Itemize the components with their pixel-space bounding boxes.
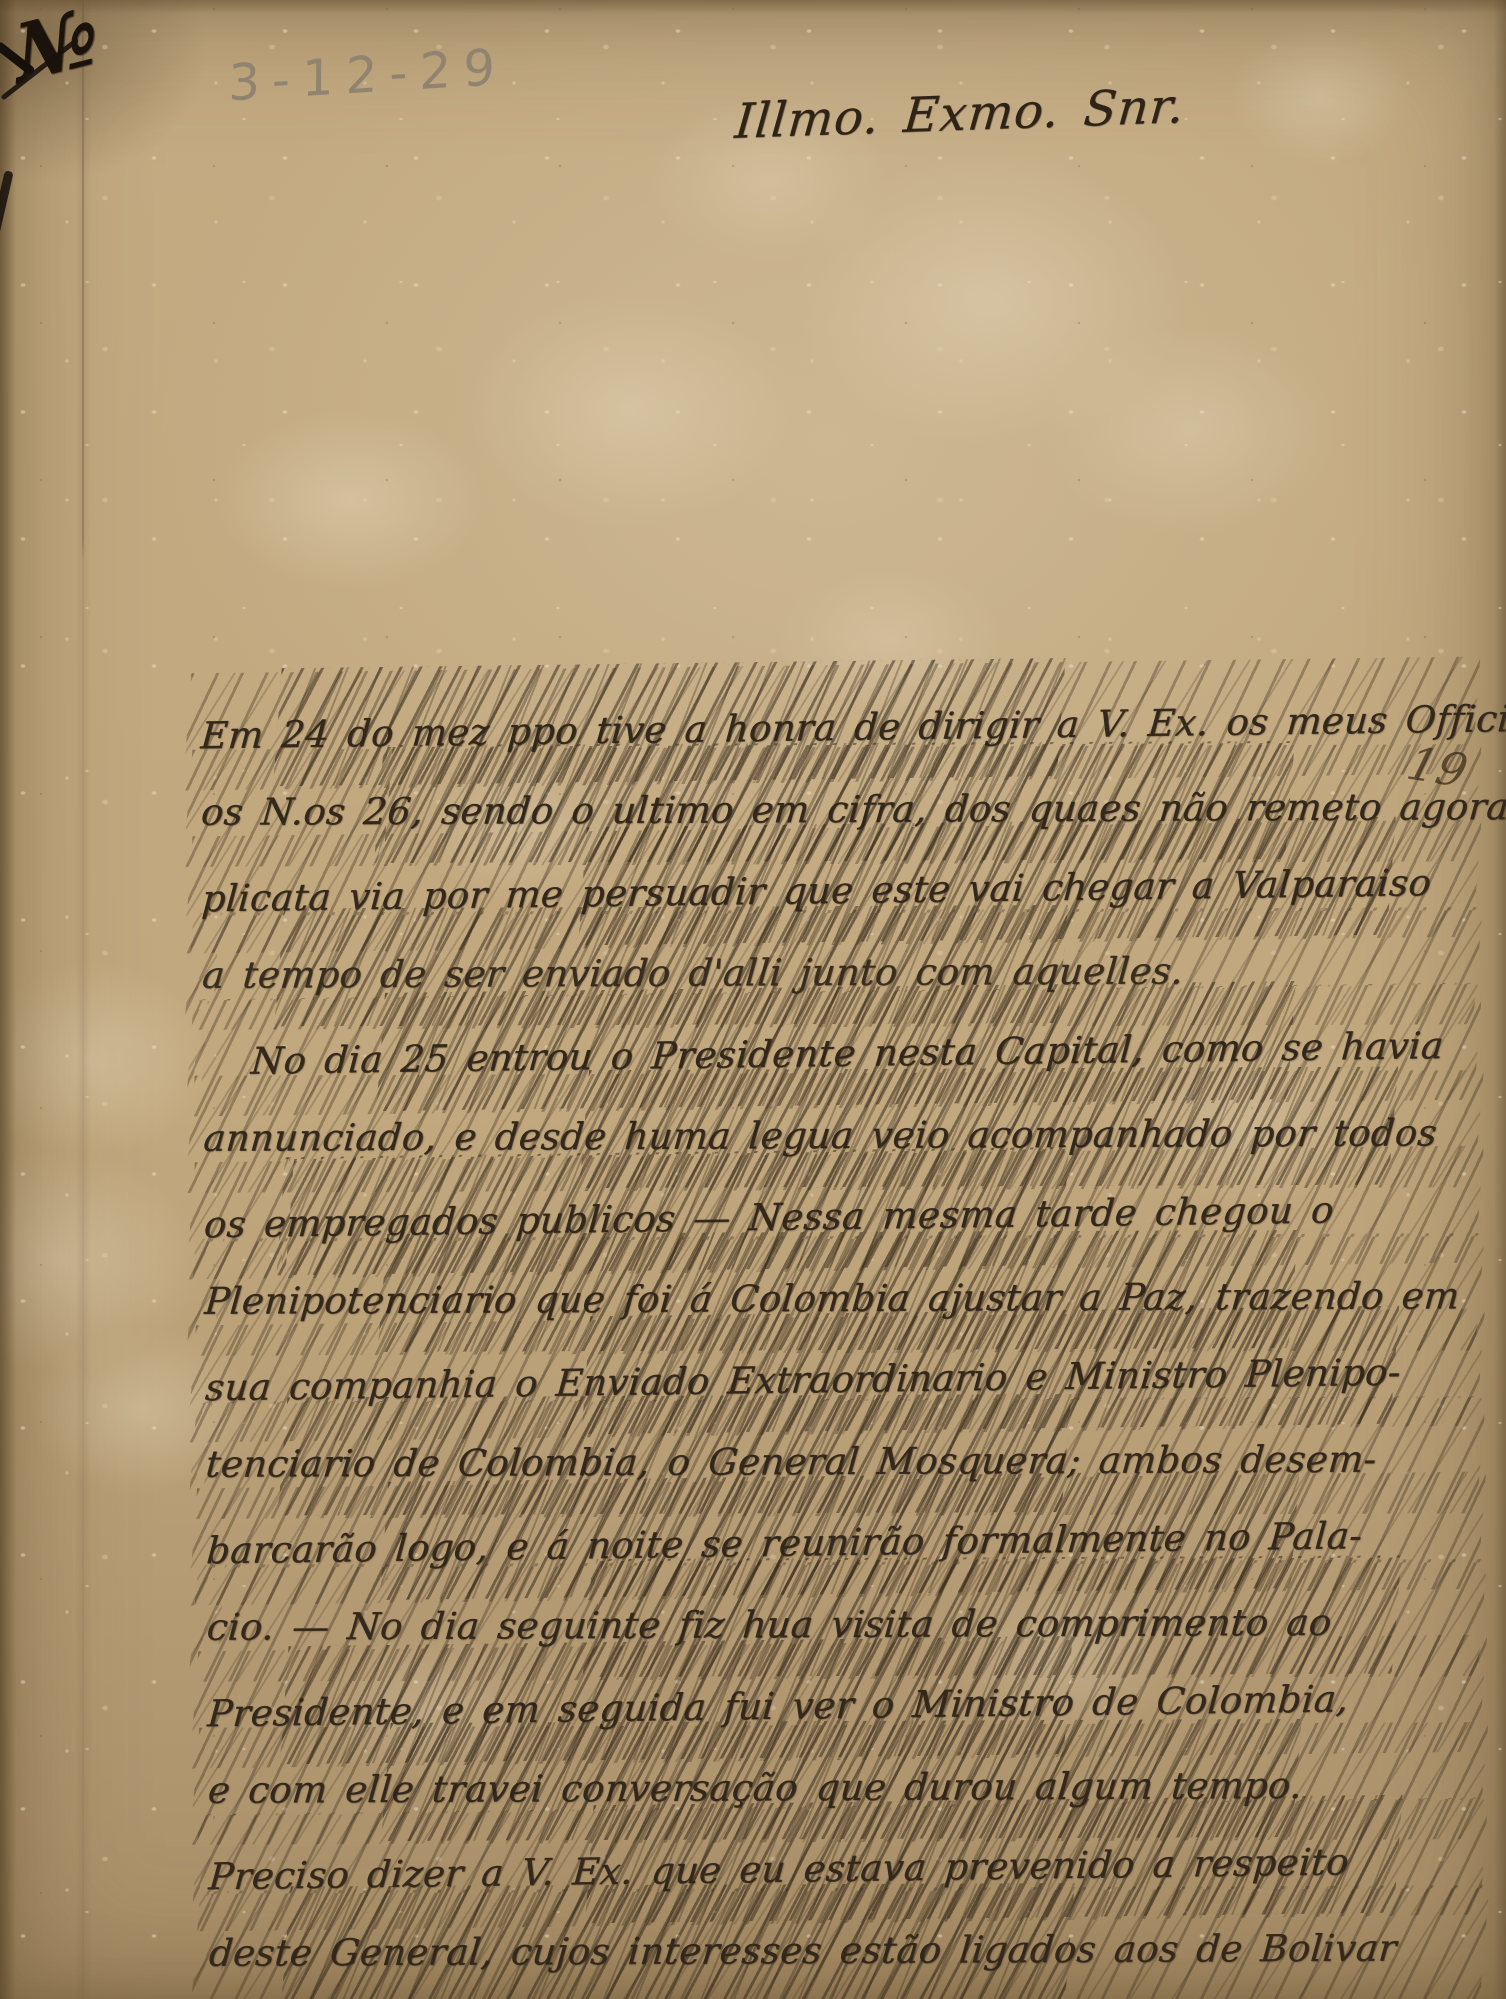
letter-body: Em 24 do mez ppo tive a honra de dirigir…	[200, 683, 1474, 1996]
manuscript-line: tenciario de Colombia, o General Mosquer…	[202, 1418, 1474, 1505]
manuscript-line: No dia 25 entrou o Presidente nesta Capi…	[200, 1005, 1471, 1103]
salutation-line: Illmo. Exmo. Snr.	[733, 78, 1187, 150]
manuscript-line: e com elle travei conversação que durou …	[205, 1744, 1477, 1831]
edge-ink-stroke	[0, 170, 14, 266]
manuscript-line: Preciso dizer a V. Ex. que eu estava pre…	[206, 1820, 1477, 1918]
manuscript-line: os N.os 26, sendo o ultimo em cifra, dos…	[198, 766, 1470, 853]
manuscript-line: plicata via por me persuadir que este va…	[199, 842, 1470, 940]
corner-number-mark: №	[10, 0, 102, 101]
manuscript-line: Em 24 do mez ppo tive a honra de dirigir…	[198, 679, 1469, 777]
manuscript-line: barcarão logo, e á noite se reunirão for…	[203, 1494, 1474, 1592]
manuscript-line: a tempo de ser enviado d'alli junto com …	[199, 929, 1471, 1016]
archival-date-note: 3-12-29	[228, 38, 507, 113]
manuscript-page: № 3-12-29 Illmo. Exmo. Snr. 19 Em 24 do …	[0, 0, 1506, 1999]
manuscript-line: sua companhia o Enviado Extraordinario e…	[202, 1331, 1473, 1429]
manuscript-line: deste General, cujos interesses estão li…	[206, 1907, 1478, 1994]
manuscript-line: cio. — No dia seguinte fiz hua visita de…	[204, 1581, 1476, 1668]
manuscript-line: os empregados publicos — Nessa mesma tar…	[201, 1168, 1472, 1266]
manuscript-line: Plenipotenciario que foi á Colombia ajus…	[201, 1255, 1473, 1342]
manuscript-line: annunciado, e desde huma legua veio acom…	[200, 1092, 1472, 1179]
paper-fold-line	[82, 0, 84, 1999]
manuscript-line: Presidente, e em seguida fui ver o Minis…	[205, 1657, 1476, 1755]
